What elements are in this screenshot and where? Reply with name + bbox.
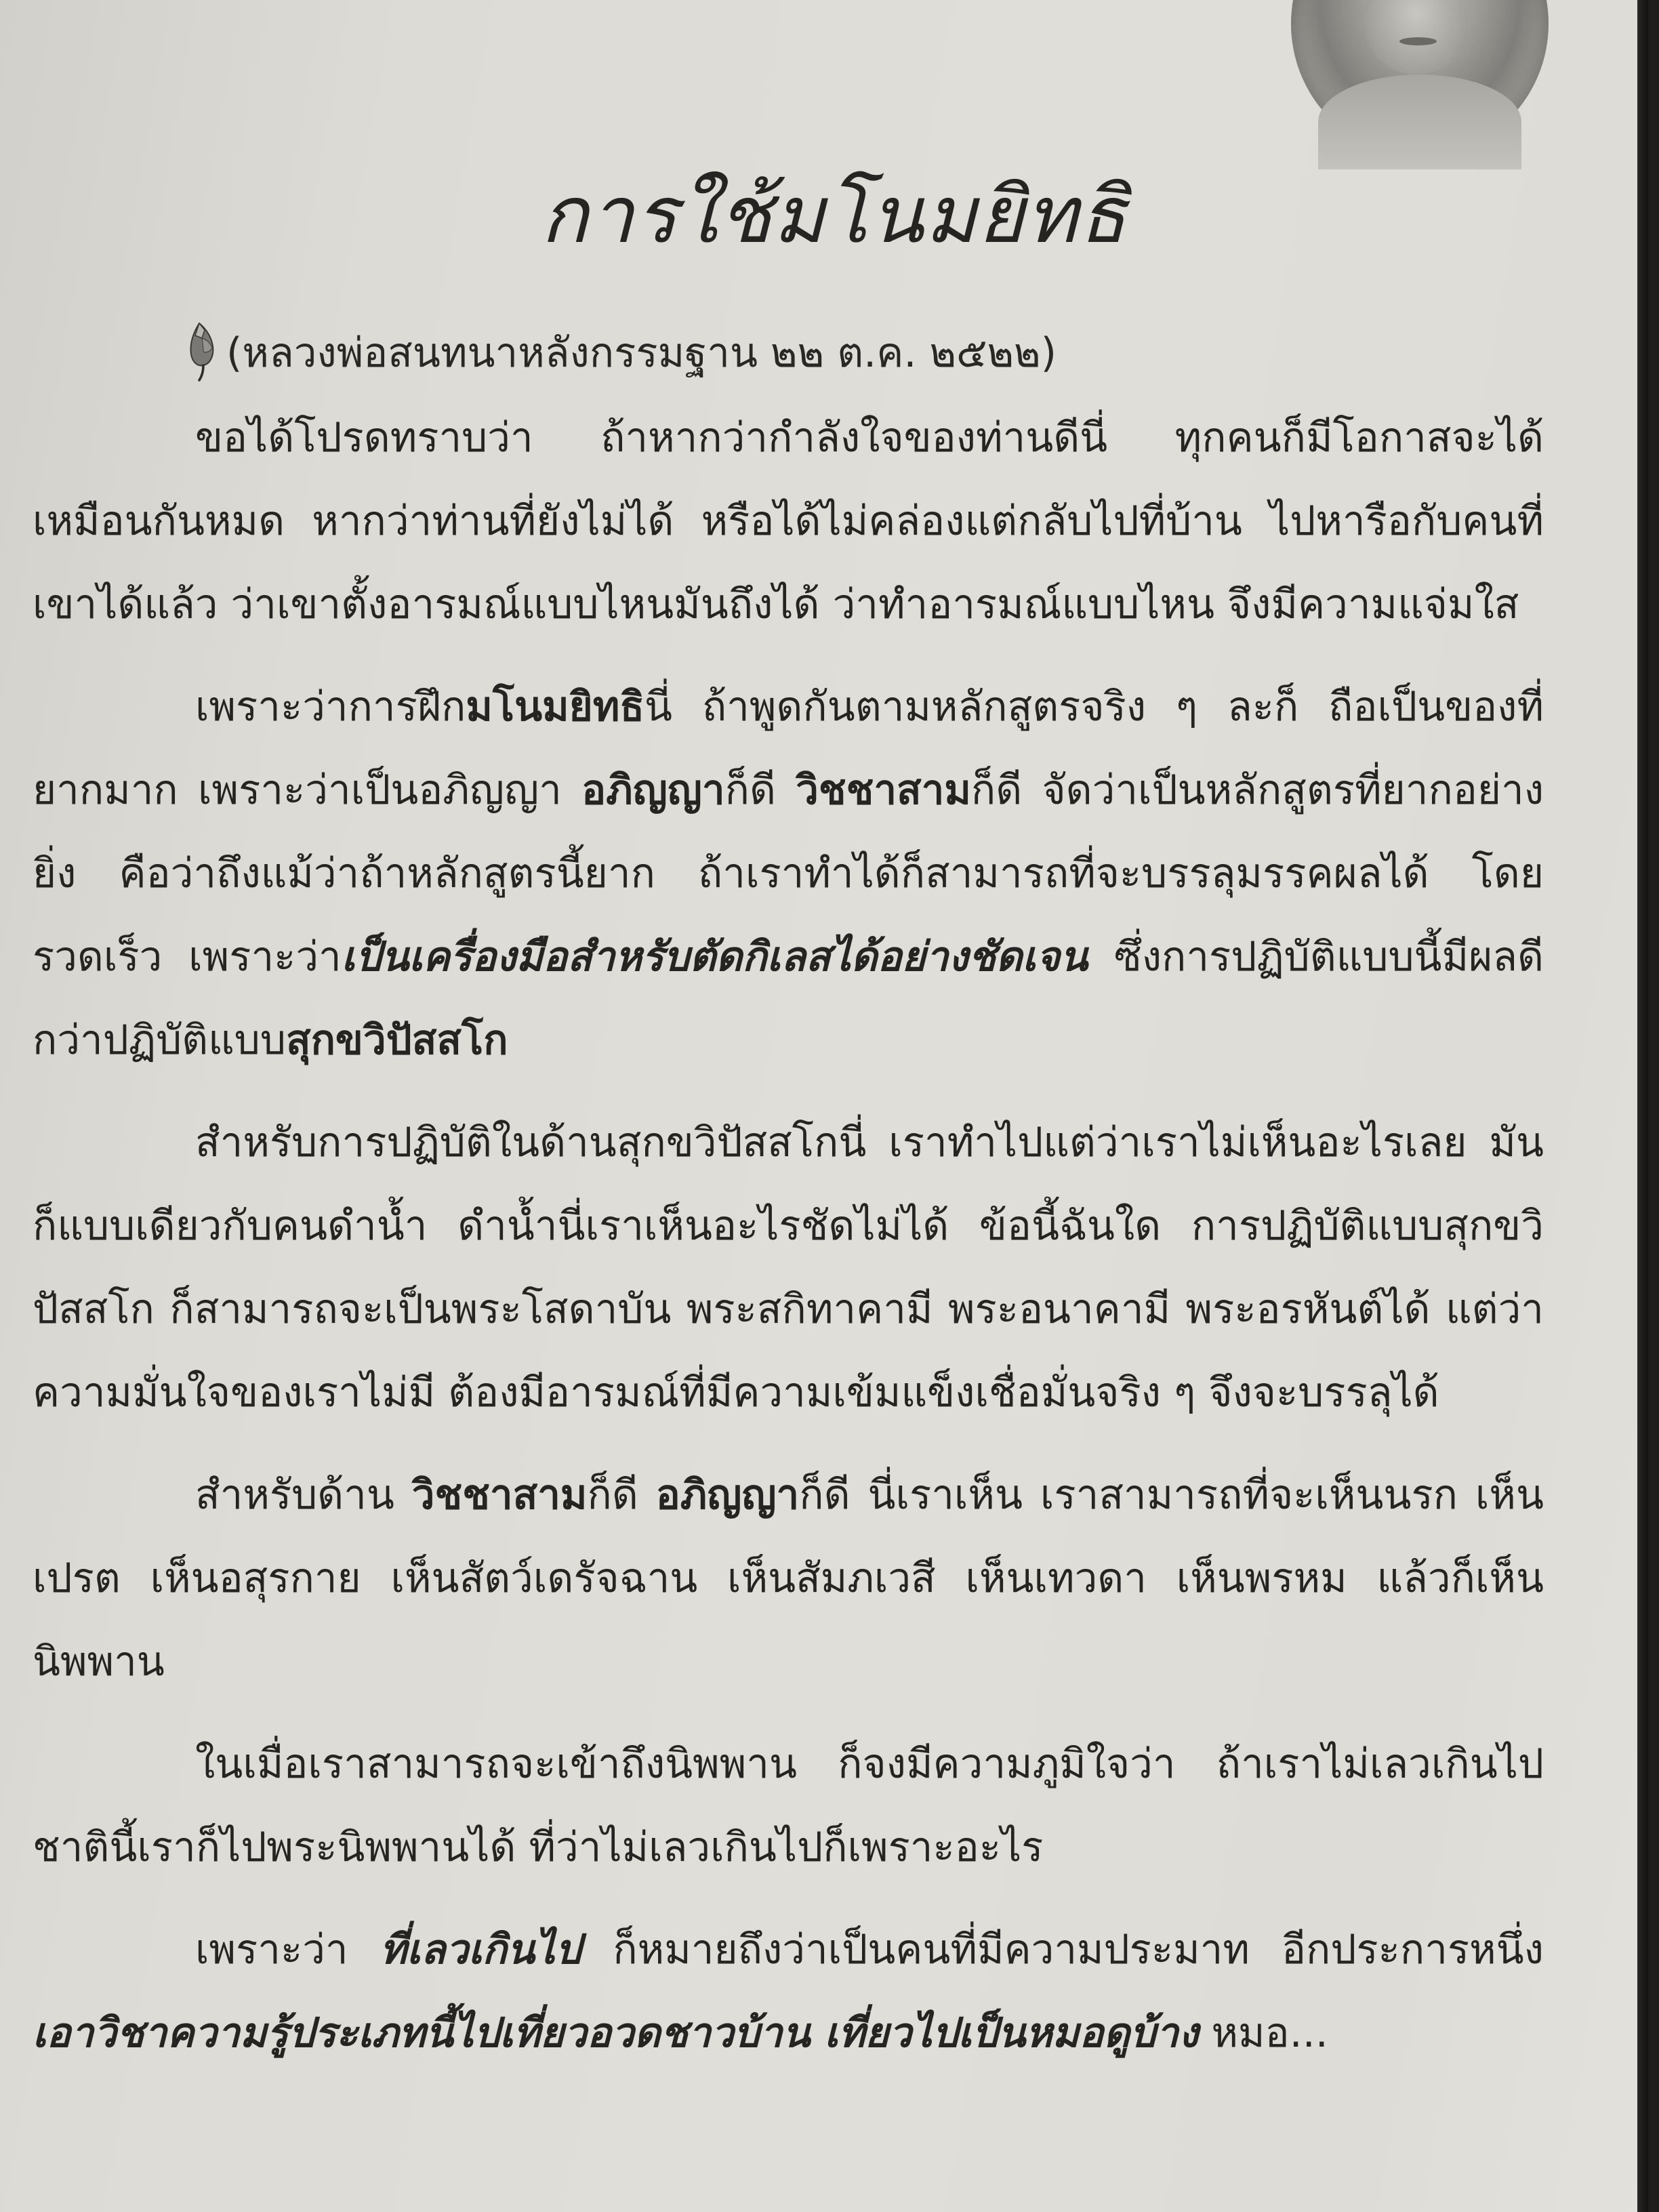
monk-portrait-photo	[1291, 0, 1549, 156]
text-segment: สำหรับการปฏิบัติในด้านสุกขวิปัสสโกนี่ เร…	[33, 1119, 1544, 1416]
emphasis-segment: อภิญญา	[581, 766, 725, 814]
portrait-mouth	[1399, 37, 1437, 45]
chapter-title: การใช้มโนมยิทธิ	[0, 152, 1648, 277]
source-text: (หลวงพ่อสนทนาหลังกรรมฐาน ๒๒ ต.ค. ๒๕๒๒)	[226, 321, 1057, 385]
paragraph: ในเมื่อเราสามารถจะเข้าถึงนิพพาน ก็จงมีคว…	[33, 1723, 1544, 1889]
book-edge	[1637, 0, 1648, 2212]
text-segment: เพราะว่า	[195, 1926, 380, 1973]
emphasis-segment: ที่เลวเกินไป	[380, 1926, 581, 1973]
text-segment: ก็ดี	[587, 1471, 655, 1519]
emphasis-segment: วิชชาสาม	[412, 1471, 588, 1519]
text-segment: เพราะว่าการฝึก	[195, 683, 466, 731]
body-text: ขอได้โปรดทราบว่า ถ้าหากว่ากำลังใจของท่าน…	[33, 396, 1544, 2094]
emphasis-segment: เป็นเครื่องมือสำหรับตัดกิเลสได้อย่างชัดเ…	[342, 933, 1088, 981]
text-segment: สำหรับด้าน	[195, 1471, 412, 1519]
paragraph: สำหรับการปฏิบัติในด้านสุกขวิปัสสโกนี่ เร…	[33, 1101, 1544, 1435]
text-segment: ในเมื่อเราสามารถจะเข้าถึงนิพพาน ก็จงมีคว…	[33, 1740, 1544, 1871]
text-segment: หมอ...	[1198, 2009, 1328, 2057]
paragraph: เพราะว่าการฝึกมโนมยิทธินี่ ถ้าพูดกันตามห…	[33, 665, 1544, 1082]
source-note: (หลวงพ่อสนทนาหลังกรรมฐาน ๒๒ ต.ค. ๒๕๒๒)	[188, 319, 1057, 386]
paragraph: สำหรับด้าน วิชชาสามก็ดี อภิญญาก็ดี นี่เร…	[33, 1454, 1544, 1704]
emphasis-segment: เอาวิชาความรู้ประเภทนี้ไปเที่ยวอวดชาวบ้า…	[33, 2009, 1198, 2057]
book-page: การใช้มโนมยิทธิ (หลวงพ่อสนทนาหลังกรรมฐาน…	[0, 0, 1648, 2212]
text-segment: ขอได้โปรดทราบว่า ถ้าหากว่ากำลังใจของท่าน…	[33, 414, 1544, 628]
paragraph: เพราะว่า ที่เลวเกินไป ก็หมายถึงว่าเป็นคน…	[33, 1908, 1544, 2075]
text-segment: ก็หมายถึงว่าเป็นคนที่มีความประมาท อีกประ…	[581, 1926, 1544, 1973]
emphasis-segment: มโนมยิทธิ	[466, 683, 644, 731]
text-segment: ก็ดี	[725, 766, 796, 814]
emphasis-segment: สุกขวิปัสสโก	[286, 1017, 508, 1064]
emphasis-segment: อภิญญา	[656, 1471, 800, 1519]
emphasis-segment: วิชชาสาม	[796, 766, 971, 814]
leaf-icon	[188, 322, 217, 383]
paragraph: ขอได้โปรดทราบว่า ถ้าหากว่ากำลังใจของท่าน…	[33, 396, 1544, 647]
